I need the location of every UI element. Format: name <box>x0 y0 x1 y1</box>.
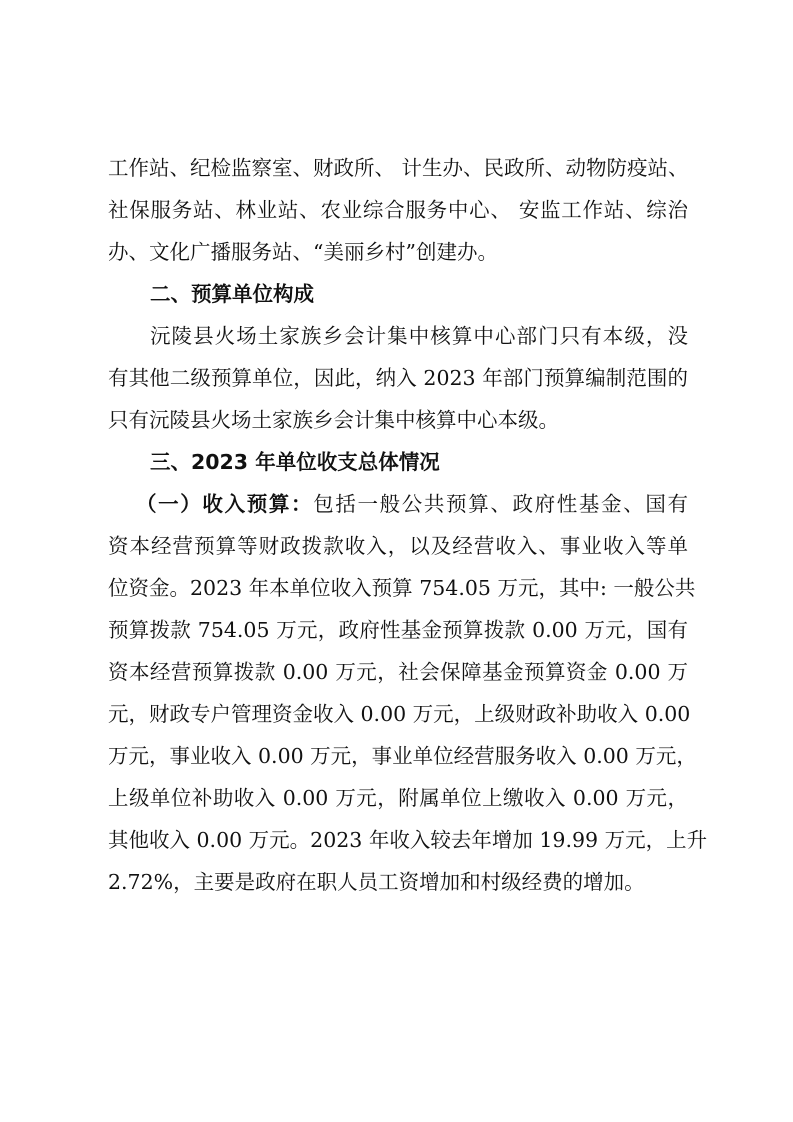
text-line: 位资金。2023 年本单位收入预算 754.05 万元，其中: 一般公共 <box>108 567 688 609</box>
section-heading-3: 三、2023 年单位收支总体情况 <box>108 441 688 483</box>
text-line: 只有沅陵县火场土家族乡会计集中核算中心本级。 <box>108 399 688 441</box>
text-line: 资本经营预算拨款 0.00 万元，社会保障基金预算资金 0.00 万 <box>108 651 688 693</box>
text-line: 沅陵县火场土家族乡会计集中核算中心部门只有本级，没 <box>108 315 688 357</box>
text-line: 办、文化广播服务站、“美丽乡村”创建办。 <box>108 231 688 273</box>
text-line: 上级单位补助收入 0.00 万元，附属单位上缴收入 0.00 万元， <box>108 777 688 819</box>
text-line: 工作站、纪检监察室、财政所、 计生办、民政所、动物防疫站、 <box>108 147 688 189</box>
income-budget-label: （一）收入预算： <box>136 492 313 516</box>
text-line: 预算拨款 754.05 万元，政府性基金预算拨款 0.00 万元，国有 <box>108 609 688 651</box>
section-heading-2: 二、预算单位构成 <box>108 273 688 315</box>
text-line: 元，财政专户管理资金收入 0.00 万元，上级财政补助收入 0.00 <box>108 693 688 735</box>
text-line: 其他收入 0.00 万元。2023 年收入较去年增加 19.99 万元，上升 <box>108 819 688 861</box>
text-line: 2.72%，主要是政府在职人员工资增加和村级经费的增加。 <box>108 861 688 903</box>
income-budget-first-line: （一）收入预算：包括一般公共预算、政府性基金、国有 <box>108 483 688 525</box>
text-line: 万元，事业收入 0.00 万元，事业单位经营服务收入 0.00 万元， <box>108 735 688 777</box>
text-line: 有其他二级预算单位，因此，纳入 2023 年部门预算编制范围的 <box>108 357 688 399</box>
text-line: 社保服务站、林业站、农业综合服务中心、 安监工作站、综治 <box>108 189 688 231</box>
text-line: 资本经营预算等财政拨款收入，以及经营收入、事业收入等单 <box>108 525 688 567</box>
text-line: 包括一般公共预算、政府性基金、国有 <box>313 492 688 516</box>
document-page: 工作站、纪检监察室、财政所、 计生办、民政所、动物防疫站、 社保服务站、林业站、… <box>108 147 688 903</box>
